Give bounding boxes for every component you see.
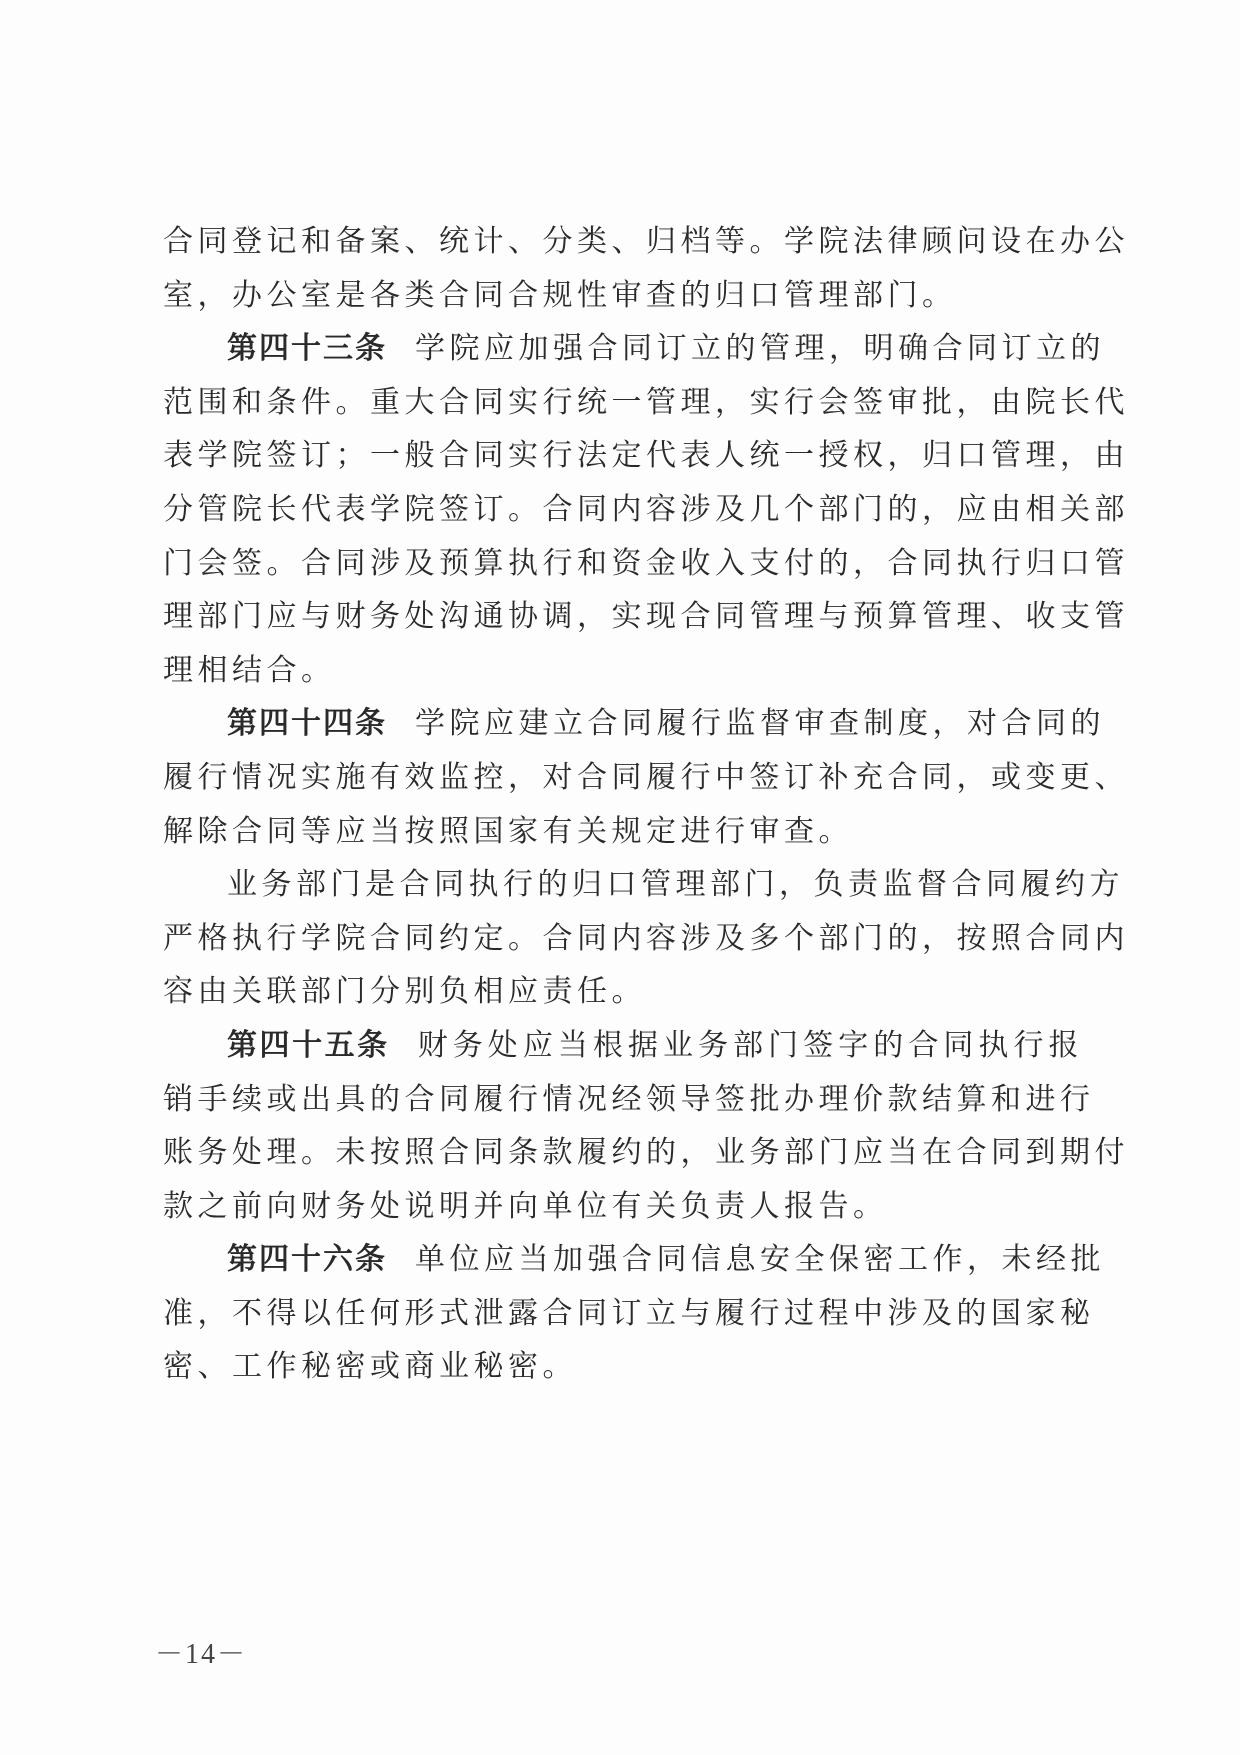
- article-first-line: 第四十四条学院应建立合同履行监督审查制度，对合同的: [163, 697, 1083, 751]
- text-line: 门会签。合同涉及预算执行和资金收入支付的，合同执行归口管: [163, 537, 1083, 591]
- article-first-line: 第四十六条单位应当加强合同信息安全保密工作，未经批: [163, 1233, 1083, 1287]
- article-first-line: 第四十三条学院应加强合同订立的管理，明确合同订立的: [163, 322, 1083, 376]
- text-line: 容由关联部门分别负相应责任。: [163, 965, 1083, 1019]
- text-line: 严格执行学院合同约定。合同内容涉及多个部门的，按照合同内: [163, 912, 1083, 966]
- text-line: 理部门应与财务处沟通协调，实现合同管理与预算管理、收支管: [163, 590, 1083, 644]
- body-text: 合同登记和备案、统计、分类、归档等。学院法律顾问设在办公 室，办公室是各类合同合…: [163, 215, 1083, 1394]
- text-line: 财务处应当根据业务部门签字的合同执行报: [418, 1028, 1083, 1063]
- text-line: 理相结合。: [163, 644, 1083, 698]
- article-heading: 第四十三条: [227, 331, 387, 366]
- article-first-line: 第四十五条财务处应当根据业务部门签字的合同执行报: [163, 1019, 1083, 1073]
- text-line: 准，不得以任何形式泄露合同订立与履行过程中涉及的国家秘: [163, 1287, 1083, 1341]
- text-line: 分管院长代表学院签订。合同内容涉及几个部门的，应由相关部: [163, 483, 1083, 537]
- text-line: 销手续或出具的合同履行情况经领导签批办理价款结算和进行: [163, 1073, 1083, 1127]
- text-line: 解除合同等应当按照国家有关规定进行审查。: [163, 805, 1083, 859]
- text-line: 单位应当加强合同信息安全保密工作，未经批: [415, 1242, 1105, 1277]
- text-line: 合同登记和备案、统计、分类、归档等。学院法律顾问设在办公: [163, 215, 1083, 269]
- text-line: 密、工作秘密或商业秘密。: [163, 1340, 1083, 1394]
- text-line: 账务处理。未按照合同条款履约的，业务部门应当在合同到期付: [163, 1126, 1083, 1180]
- text-line: 业务部门是合同执行的归口管理部门，负责监督合同履约方: [163, 858, 1083, 912]
- article-heading: 第四十五条: [227, 1028, 390, 1063]
- text-line: 学院应建立合同履行监督审查制度，对合同的: [415, 706, 1105, 741]
- text-line: 款之前向财务处说明并向单位有关负责人报告。: [163, 1180, 1083, 1234]
- text-line: 履行情况实施有效监控，对合同履行中签订补充合同，或变更、: [163, 751, 1083, 805]
- document-page: 合同登记和备案、统计、分类、归档等。学院法律顾问设在办公 室，办公室是各类合同合…: [0, 0, 1240, 1755]
- page-number: －14－: [155, 1632, 247, 1672]
- text-line: 学院应加强合同订立的管理，明确合同订立的: [415, 331, 1105, 366]
- text-line: 范围和条件。重大合同实行统一管理，实行会签审批，由院长代: [163, 376, 1083, 430]
- article-heading: 第四十六条: [227, 1242, 387, 1277]
- text-line: 表学院签订；一般合同实行法定代表人统一授权，归口管理，由: [163, 429, 1083, 483]
- article-heading: 第四十四条: [227, 706, 387, 741]
- text-line: 室，办公室是各类合同合规性审查的归口管理部门。: [163, 269, 1083, 323]
